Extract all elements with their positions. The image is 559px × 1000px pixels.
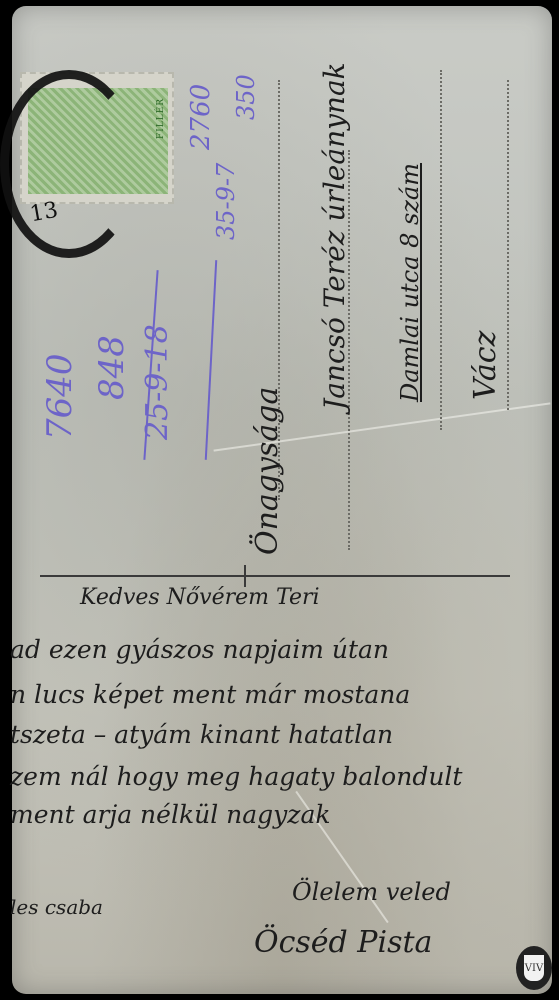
archive-watermark-logo: VIV: [516, 946, 552, 990]
address-street: Damlai utca 8 szám: [396, 163, 424, 402]
message-signature: Öcséd Pista: [254, 925, 432, 960]
message-line: zem nál hogy meg hagaty balondult: [10, 762, 462, 791]
postmark-text: 13: [28, 198, 60, 227]
pencil-number: 35-9-7: [212, 163, 240, 240]
pencil-number: 7640: [40, 353, 80, 440]
address-salutation: Önagysága: [250, 387, 285, 555]
stamp-label: FILLÉR: [156, 98, 166, 139]
message-line: n lucs képet ment már mostana: [10, 680, 410, 709]
pencil-number: 2760: [186, 84, 216, 150]
message-line: ad ezen gyászos napjaim útan: [10, 635, 389, 664]
divider-tick: [244, 565, 246, 587]
watermark-shield: VIV: [524, 955, 544, 981]
postmark-ring: [0, 70, 138, 258]
address-city: Vácz: [468, 331, 503, 400]
pencil-number: 848: [92, 335, 132, 400]
address-line: [507, 80, 509, 410]
address-line: [440, 70, 442, 430]
address-recipient: Jancsó Teréz úrleánynak: [318, 62, 351, 410]
message-line: tszeta – atyám kinant hatatlan: [10, 720, 393, 749]
left-note: les csaba: [10, 895, 103, 919]
message-line: ment arja nélkül nagyzak: [10, 800, 331, 829]
pencil-number: 350: [232, 74, 260, 120]
message-greeting: Kedves Nővérem Teri: [80, 585, 320, 610]
message-closing: Ölelem veled: [292, 878, 451, 906]
divider-line: [40, 575, 510, 577]
